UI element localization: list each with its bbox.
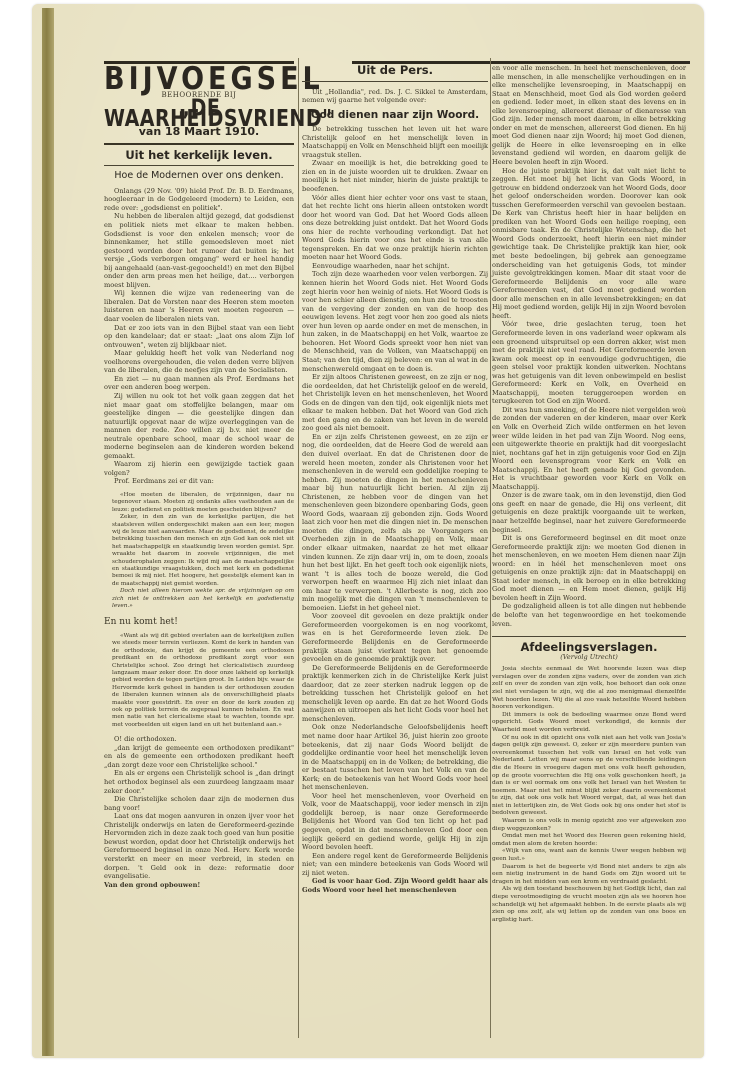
paragraph: Dat er zoo iets van in den Bijbel staat … — [104, 324, 294, 350]
paragraph: Hoe de juiste praktijk hier is, dat valt… — [492, 167, 686, 321]
column-b: Uit de Pers. Uit „Hollandia", red. Ds. J… — [302, 58, 488, 894]
paragraph: Een andere regel kent de Gereformeerde B… — [302, 852, 488, 878]
paragraph: Voor zooveel dit gevoelen en deze prakti… — [302, 612, 488, 663]
paragraph: Maar gelukkig heeft het volk van Nederla… — [104, 349, 294, 375]
paragraph: Waarom zij hierin een gewijzigde tactiek… — [104, 460, 294, 477]
column-divider-1 — [298, 58, 299, 1038]
column-divider-2 — [490, 58, 491, 1038]
article-title: God dienen naar zijn Woord. — [302, 111, 488, 120]
masthead-paper-name: „DE WAARHEIDSVRIEND" — [104, 103, 294, 124]
report-body: Josia slechts eenmaal de Wet hoorende le… — [492, 666, 686, 924]
paragraph: En als er ergens een Christelijk school … — [104, 769, 294, 795]
interjection: En nu komt het! — [104, 618, 294, 627]
block-quote: «Hoe moeten de liberalen, de vrijzinnige… — [112, 492, 294, 611]
quote-paragraph: Zeker, in den zin van de kerkelijke part… — [112, 514, 294, 588]
paragraph: De godzaligheid alleen is tot alle dinge… — [492, 602, 686, 628]
paragraph: Onzer is de zware taak, om in den levens… — [492, 491, 686, 534]
paragraph: Voor heel het menschenleven, voor Overhe… — [302, 792, 488, 852]
paragraph: Onlangs (29 Nov. '09) hield Prof. Dr. B.… — [104, 187, 294, 213]
paragraph: De Gereformeerde Belijdenis en de Gerefo… — [302, 664, 488, 724]
divider — [492, 636, 686, 637]
paragraph: „dan krijgt de gemeente een orthodoxen p… — [104, 744, 294, 770]
paragraph: Dit was hun smeeking, of de Heere niet v… — [492, 406, 686, 491]
section-title: Uit de Pers. — [302, 66, 488, 75]
paragraph: Omdat men met het Woord des Heeren geen … — [492, 833, 686, 848]
divider — [104, 165, 294, 166]
paragraph: Toch zijn deze waarheden voor velen verb… — [302, 270, 488, 373]
paragraph: De betrekking tusschen het leven uit het… — [302, 125, 488, 159]
report-title: Afdeelingsverslagen. — [492, 643, 686, 652]
paragraph: Zij willen nu ook tot het volk gaan zegg… — [104, 392, 294, 460]
paragraph: Als wij den toestand beschouwen bij het … — [492, 886, 686, 924]
divider — [104, 143, 294, 145]
paragraph: Waarom is ons volk in menig opzicht zoo … — [492, 818, 686, 833]
signoff: Van den grond opbouwen! — [104, 881, 294, 890]
paragraph: Dit immers is ook de bedoeling waarmee o… — [492, 712, 686, 735]
binding-spine — [42, 8, 54, 1056]
paragraph: Vóór alles dient hier echter voor ons va… — [302, 194, 488, 262]
paragraph: Ook onze Nederlandsche Geloofsbelijdenis… — [302, 723, 488, 791]
article-body: De betrekking tusschen het leven uit het… — [302, 125, 488, 894]
paragraph: Zwaar en moeilijk is het, die betrekking… — [302, 159, 488, 193]
paragraph: Laat ons dat mogen aanvuren in onzen ijv… — [104, 812, 294, 880]
paragraph: Josia slechts eenmaal de Wet hoorende le… — [492, 666, 686, 712]
paragraph: Wij kennen die wijze van redeneering van… — [104, 289, 294, 323]
paragraph: En er zijn zelfs Christenen geweest, en … — [302, 433, 488, 612]
masthead-title: BIJVOEGSEL — [104, 75, 294, 85]
section-title: Uit het kerkelijk leven. — [104, 151, 294, 160]
paragraph: Dit is ons Gereformeerd beginsel en dit … — [492, 534, 686, 602]
column-a: BIJVOEGSEL BEHOORENDE BIJ „DE WAARHEIDSV… — [104, 58, 294, 889]
quote-paragraph: «Want als wij dit gebied overlaten aan d… — [112, 633, 294, 729]
closing-body: O! die orthodoxen. „dan krijgt de gemeen… — [104, 735, 294, 889]
paragraph: en voor alle menschen. In heel het mensc… — [492, 64, 686, 167]
paragraph: Die Christelijke scholen daar zijn de mo… — [104, 795, 294, 812]
paragraph: Prof. Eerdmans zei er dit van: — [104, 477, 294, 486]
paragraph: Eenvoudige waarheden, naar het schijnt. — [302, 262, 488, 271]
quote-paragraph: «Hoe moeten de liberalen, de vrijzinnige… — [112, 492, 294, 514]
quote-paragraph: Doch niet alleen hierom wekte spr. de vr… — [112, 588, 294, 610]
paragraph: God is voor haar God. Zijn Woord geldt h… — [302, 877, 488, 894]
article-body: Onlangs (29 Nov. '09) hield Prof. Dr. B.… — [104, 187, 294, 486]
column-c: en voor alle menschen. In heel het mensc… — [492, 58, 686, 924]
paragraph: Er zijn altoos Christenen geweest, en ze… — [302, 373, 488, 433]
paragraph: O! die orthodoxen. — [104, 735, 294, 744]
paragraph: Daarom is het de begeerte v/d Bond niet … — [492, 864, 686, 887]
article-title: Hoe de Modernen over ons denken. — [104, 172, 294, 181]
intro-paragraph: Uit „Hollandia", red. Ds. J. C. Sikkel t… — [302, 88, 488, 105]
paragraph: «Wijk van ons, want aan de kennis Uwer w… — [492, 848, 686, 863]
paragraph: Vóór twee, drie geslachten terug, toen h… — [492, 320, 686, 405]
block-quote: «Want als wij dit gebied overlaten aan d… — [112, 633, 294, 729]
paragraph: En ziet — nu gaan mannen als Prof. Eerdm… — [104, 375, 294, 392]
article-continuation: en voor alle menschen. In heel het mensc… — [492, 64, 686, 628]
divider — [302, 81, 488, 82]
paragraph: Nu hebben de liberalen altijd gezegd, da… — [104, 212, 294, 289]
paragraph: Of nu ook in dit opzicht ons volk niet a… — [492, 735, 686, 819]
